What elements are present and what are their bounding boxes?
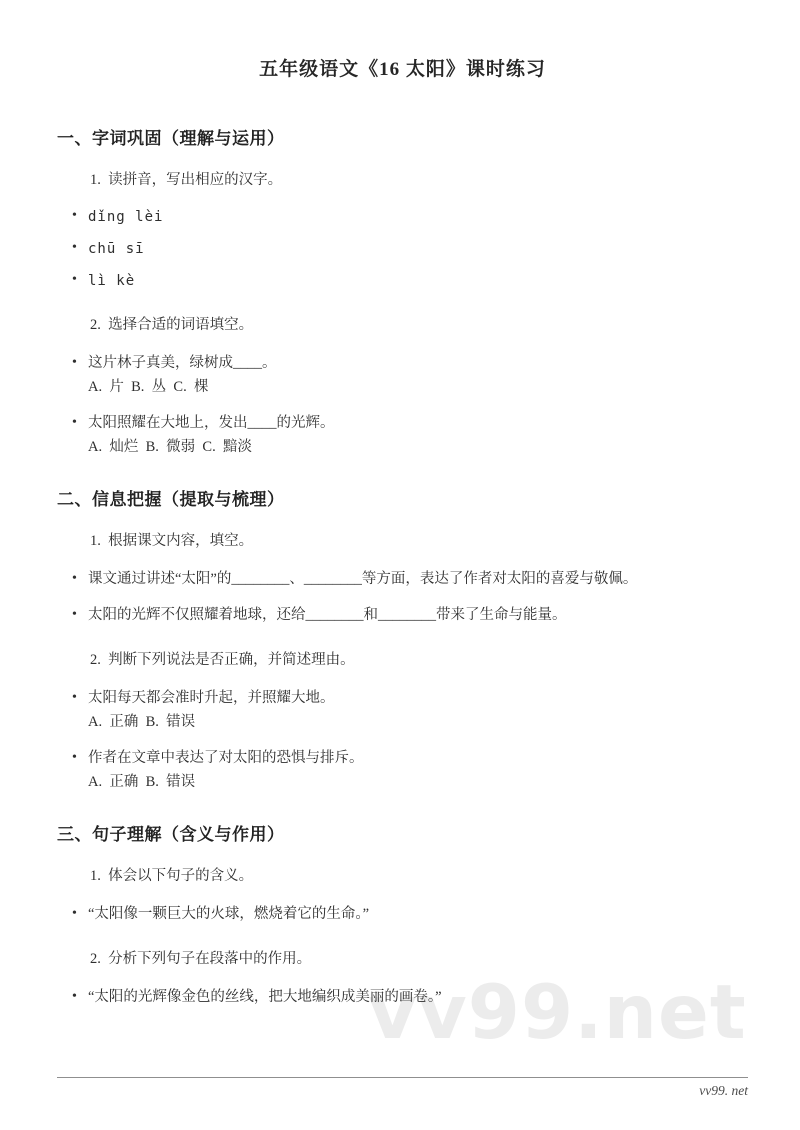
- bullet-item: 太阳的光辉不仅照耀着地球，还给________和________带来了生命与能量…: [57, 603, 748, 627]
- document-body: 一、字词巩固（理解与运用）1. 读拼音，写出相应的汉字。dǐng lèichū …: [57, 128, 748, 1009]
- bullet-text: 太阳每天都会准时升起，并照耀大地。: [88, 686, 748, 710]
- answer-options: A. 正确 B. 错误: [88, 710, 748, 734]
- section-heading: 二、信息把握（提取与梳理）: [57, 489, 748, 511]
- answer-options: A. 灿烂 B. 微弱 C. 黯淡: [88, 435, 748, 459]
- bullet-text: “太阳像一颗巨大的火球，燃烧着它的生命。”: [88, 902, 748, 926]
- bullet-text: 课文通过讲述“太阳”的________、________等方面，表达了作者对太阳…: [88, 567, 748, 591]
- numbered-item: 1. 体会以下句子的含义。: [90, 865, 748, 887]
- bullet-text: 作者在文章中表达了对太阳的恐惧与排斥。: [88, 746, 748, 770]
- bullet-item: 作者在文章中表达了对太阳的恐惧与排斥。A. 正确 B. 错误: [57, 746, 748, 794]
- bullet-item: 课文通过讲述“太阳”的________、________等方面，表达了作者对太阳…: [57, 567, 748, 591]
- section-heading: 一、字词巩固（理解与运用）: [57, 128, 748, 150]
- bullet-item: 这片林子真美，绿树成____。A. 片 B. 丛 C. 棵: [57, 351, 748, 399]
- bullet-item: “太阳像一颗巨大的火球，燃烧着它的生命。”: [57, 902, 748, 926]
- answer-options: A. 片 B. 丛 C. 棵: [88, 375, 748, 399]
- numbered-item: 2. 分析下列句子在段落中的作用。: [90, 948, 748, 970]
- bullet-text: 太阳的光辉不仅照耀着地球，还给________和________带来了生命与能量…: [88, 603, 748, 627]
- footer-site-label: vv99. net: [57, 1083, 748, 1099]
- bullet-text: dǐng lèi: [88, 206, 748, 228]
- bullet-item: “太阳的光辉像金色的丝线，把大地编织成美丽的画卷。”: [57, 985, 748, 1009]
- bullet-item: 太阳照耀在大地上，发出____的光辉。A. 灿烂 B. 微弱 C. 黯淡: [57, 411, 748, 459]
- bullet-text: lì kè: [88, 270, 748, 292]
- section-heading: 三、句子理解（含义与作用）: [57, 824, 748, 846]
- numbered-item: 1. 读拼音，写出相应的汉字。: [90, 169, 748, 191]
- page-title: 五年级语文《16 太阳》课时练习: [57, 56, 748, 84]
- section-2: 二、信息把握（提取与梳理）1. 根据课文内容，填空。课文通过讲述“太阳”的___…: [57, 489, 748, 794]
- numbered-item: 2. 选择合适的词语填空。: [90, 314, 748, 336]
- bullet-text: 这片林子真美，绿树成____。: [88, 351, 748, 375]
- numbered-item: 2. 判断下列说法是否正确，并简述理由。: [90, 649, 748, 671]
- bullet-item-pinyin: dǐng lèi: [57, 206, 748, 228]
- footer-divider: [57, 1077, 748, 1078]
- section-1: 一、字词巩固（理解与运用）1. 读拼音，写出相应的汉字。dǐng lèichū …: [57, 128, 748, 459]
- bullet-item-pinyin: lì kè: [57, 270, 748, 292]
- document-page: vv99.net 五年级语文《16 太阳》课时练习 一、字词巩固（理解与运用）1…: [0, 0, 800, 1130]
- document-content: 五年级语文《16 太阳》课时练习 一、字词巩固（理解与运用）1. 读拼音，写出相…: [0, 0, 800, 1009]
- bullet-text: 太阳照耀在大地上，发出____的光辉。: [88, 411, 748, 435]
- bullet-item-pinyin: chū sī: [57, 238, 748, 260]
- bullet-text: “太阳的光辉像金色的丝线，把大地编织成美丽的画卷。”: [88, 985, 748, 1009]
- page-footer: vv99. net: [57, 1077, 748, 1099]
- section-3: 三、句子理解（含义与作用）1. 体会以下句子的含义。“太阳像一颗巨大的火球，燃烧…: [57, 824, 748, 1009]
- numbered-item: 1. 根据课文内容，填空。: [90, 530, 748, 552]
- bullet-text: chū sī: [88, 238, 748, 260]
- answer-options: A. 正确 B. 错误: [88, 770, 748, 794]
- bullet-item: 太阳每天都会准时升起，并照耀大地。A. 正确 B. 错误: [57, 686, 748, 734]
